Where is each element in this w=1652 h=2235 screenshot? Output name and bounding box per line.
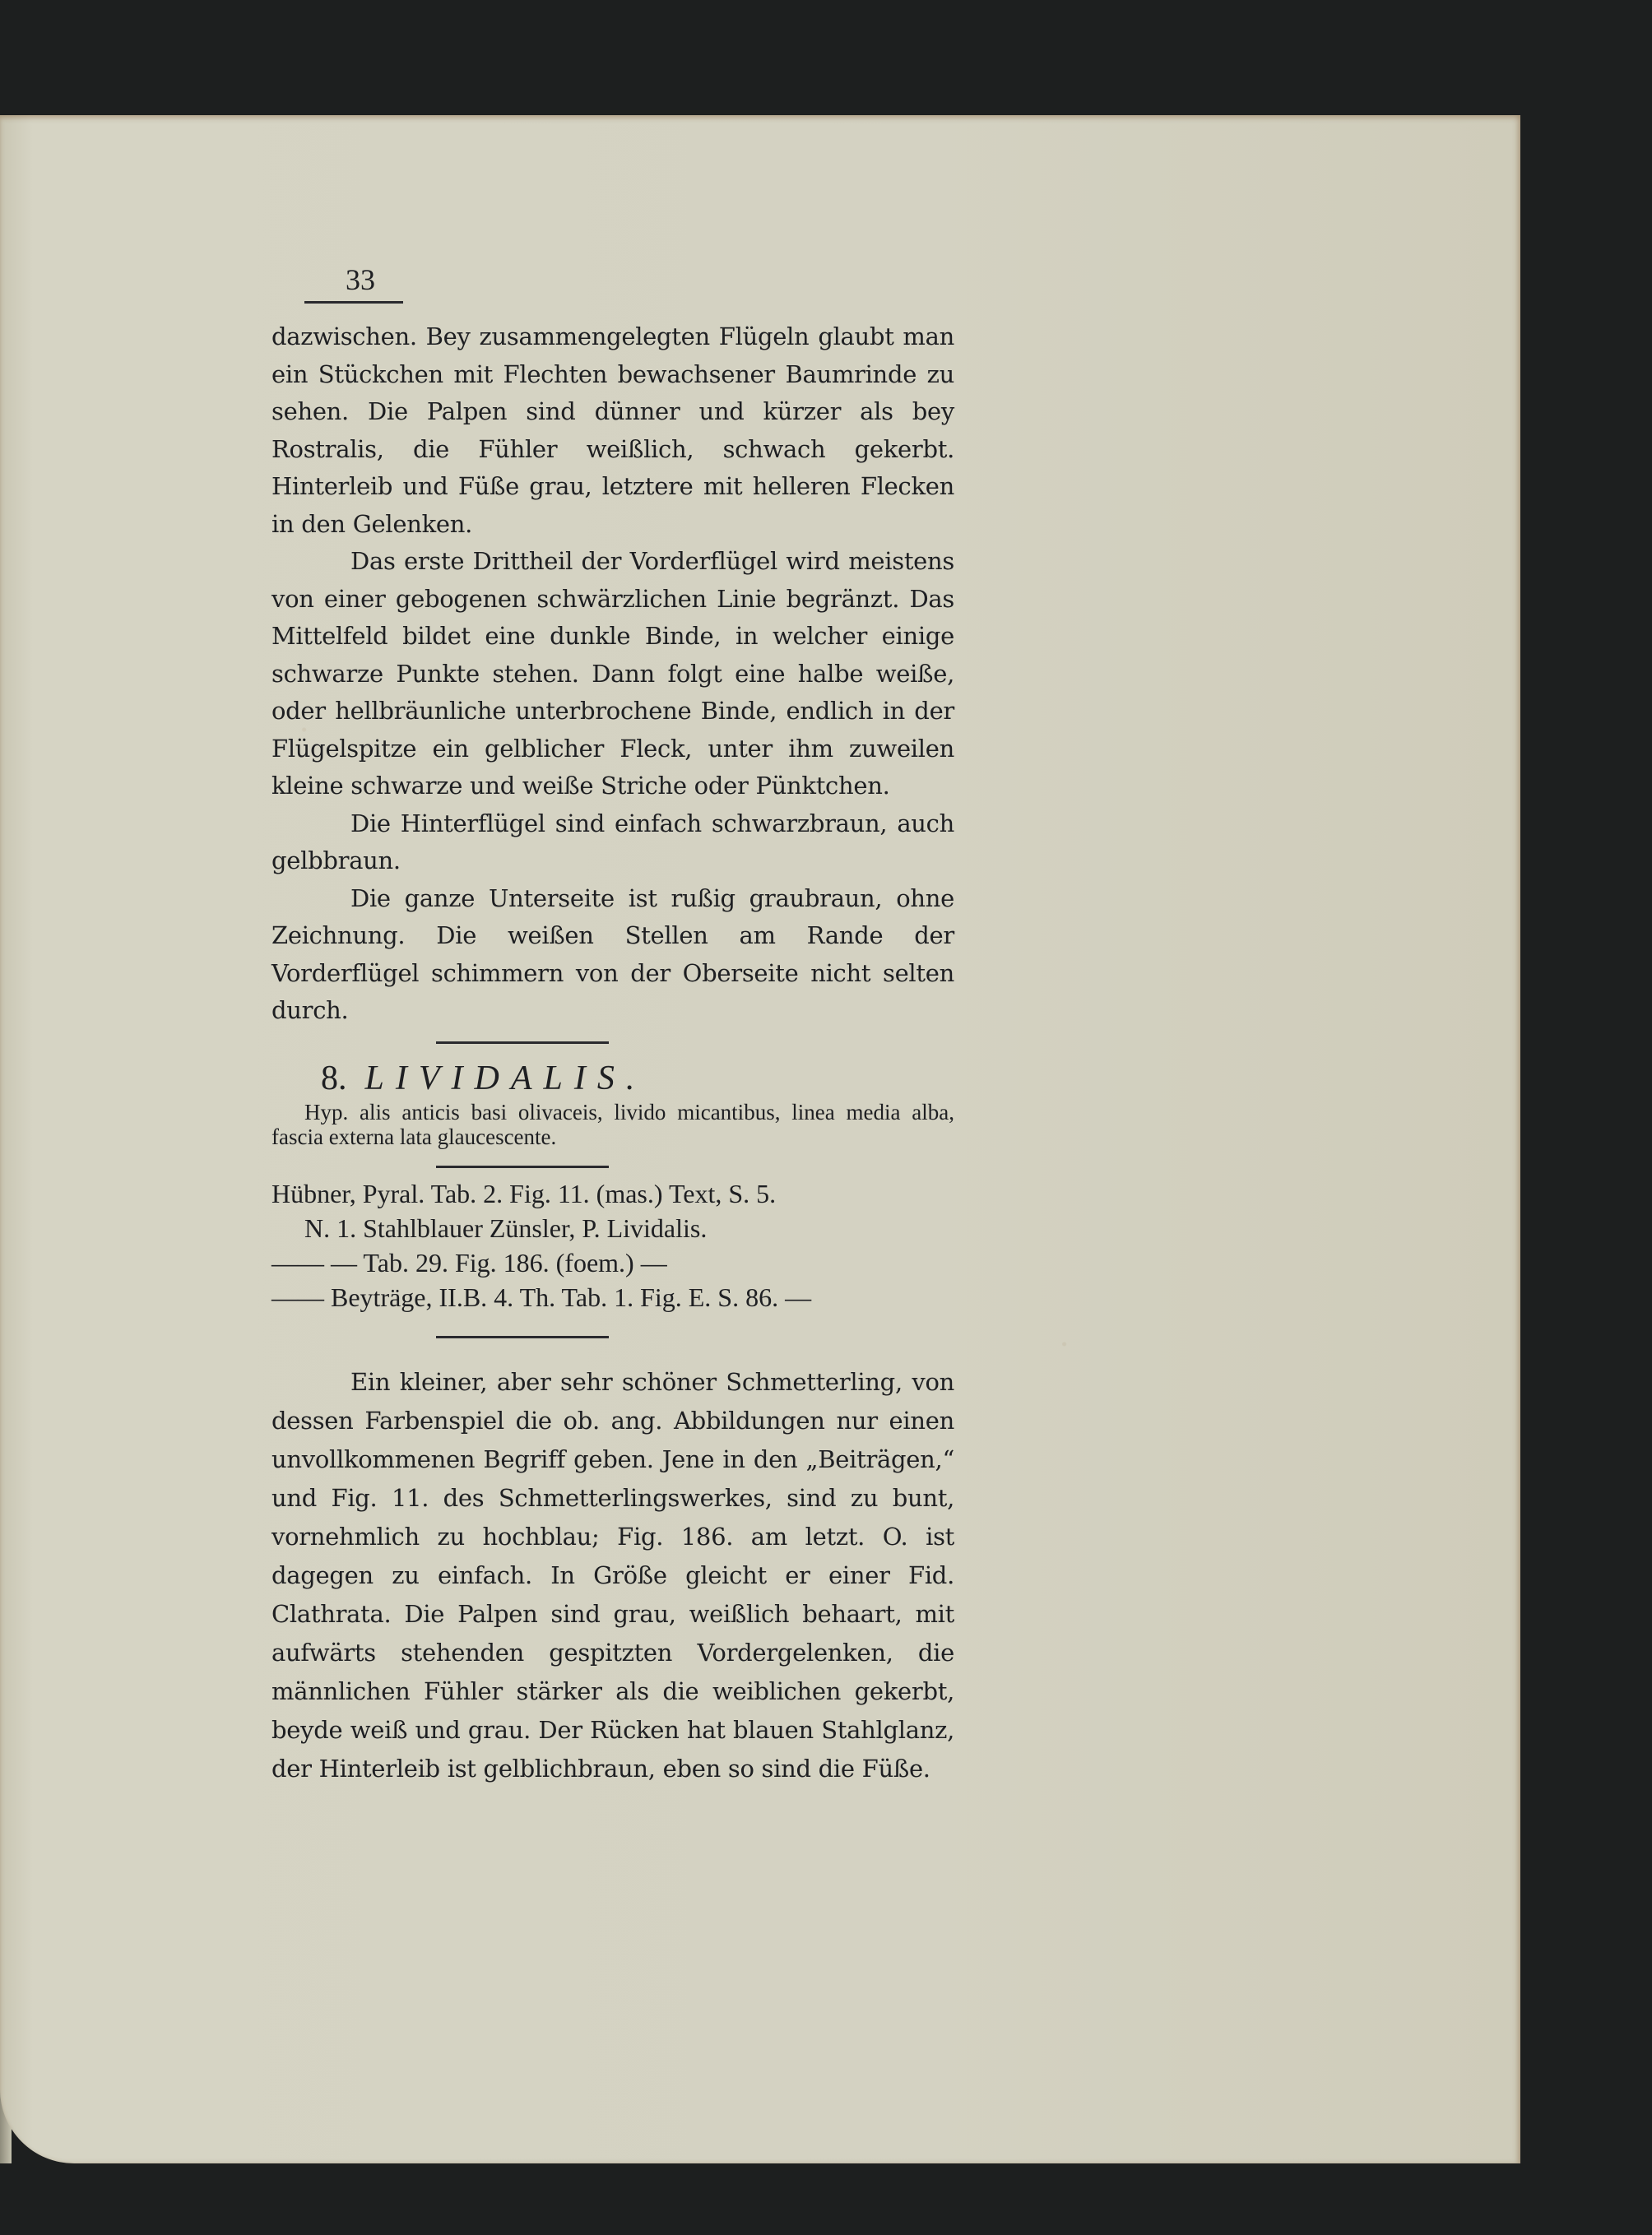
header-rule	[304, 301, 403, 304]
references-divider	[436, 1336, 609, 1338]
reference-line: Hübner, Pyral. Tab. 2. Fig. 11. (mas.) T…	[271, 1176, 954, 1211]
species-number: 8.	[321, 1060, 347, 1097]
species-heading: 8.LIVIDALIS.	[271, 1057, 954, 1100]
paragraph-continuation: dazwischen. Bey zusammengelegten Flügeln…	[271, 318, 954, 543]
references-block: Hübner, Pyral. Tab. 2. Fig. 11. (mas.) T…	[271, 1176, 954, 1315]
paragraph-hindwing: Die Hinterflügel sind einfach schwarzbra…	[271, 805, 954, 880]
paragraph-underside: Die ganze Unterseite ist rußig graubraun…	[271, 880, 954, 1030]
section-divider	[436, 1041, 609, 1044]
page-number: 33	[271, 263, 954, 296]
reference-line: N. 1. Stahlblauer Zünsler, P. Lividalis.	[271, 1211, 954, 1245]
species-diagnosis: Hyp. alis anticis basi olivaceis, livido…	[271, 1100, 954, 1149]
species-name: LIVIDALIS.	[365, 1060, 647, 1097]
reference-line: —— Beyträge, II.B. 4. Th. Tab. 1. Fig. E…	[271, 1280, 954, 1315]
paragraph-description: Ein kleiner, aber sehr schöner Schmetter…	[271, 1363, 954, 1788]
page-content: 33 dazwischen. Bey zusammengelegten Flüg…	[271, 263, 954, 1788]
diagnosis-divider	[436, 1166, 609, 1168]
reference-line: —— — Tab. 29. Fig. 186. (foem.) —	[271, 1245, 954, 1280]
paragraph-forewing: Das erste Drittheil der Vorderflügel wir…	[271, 543, 954, 805]
